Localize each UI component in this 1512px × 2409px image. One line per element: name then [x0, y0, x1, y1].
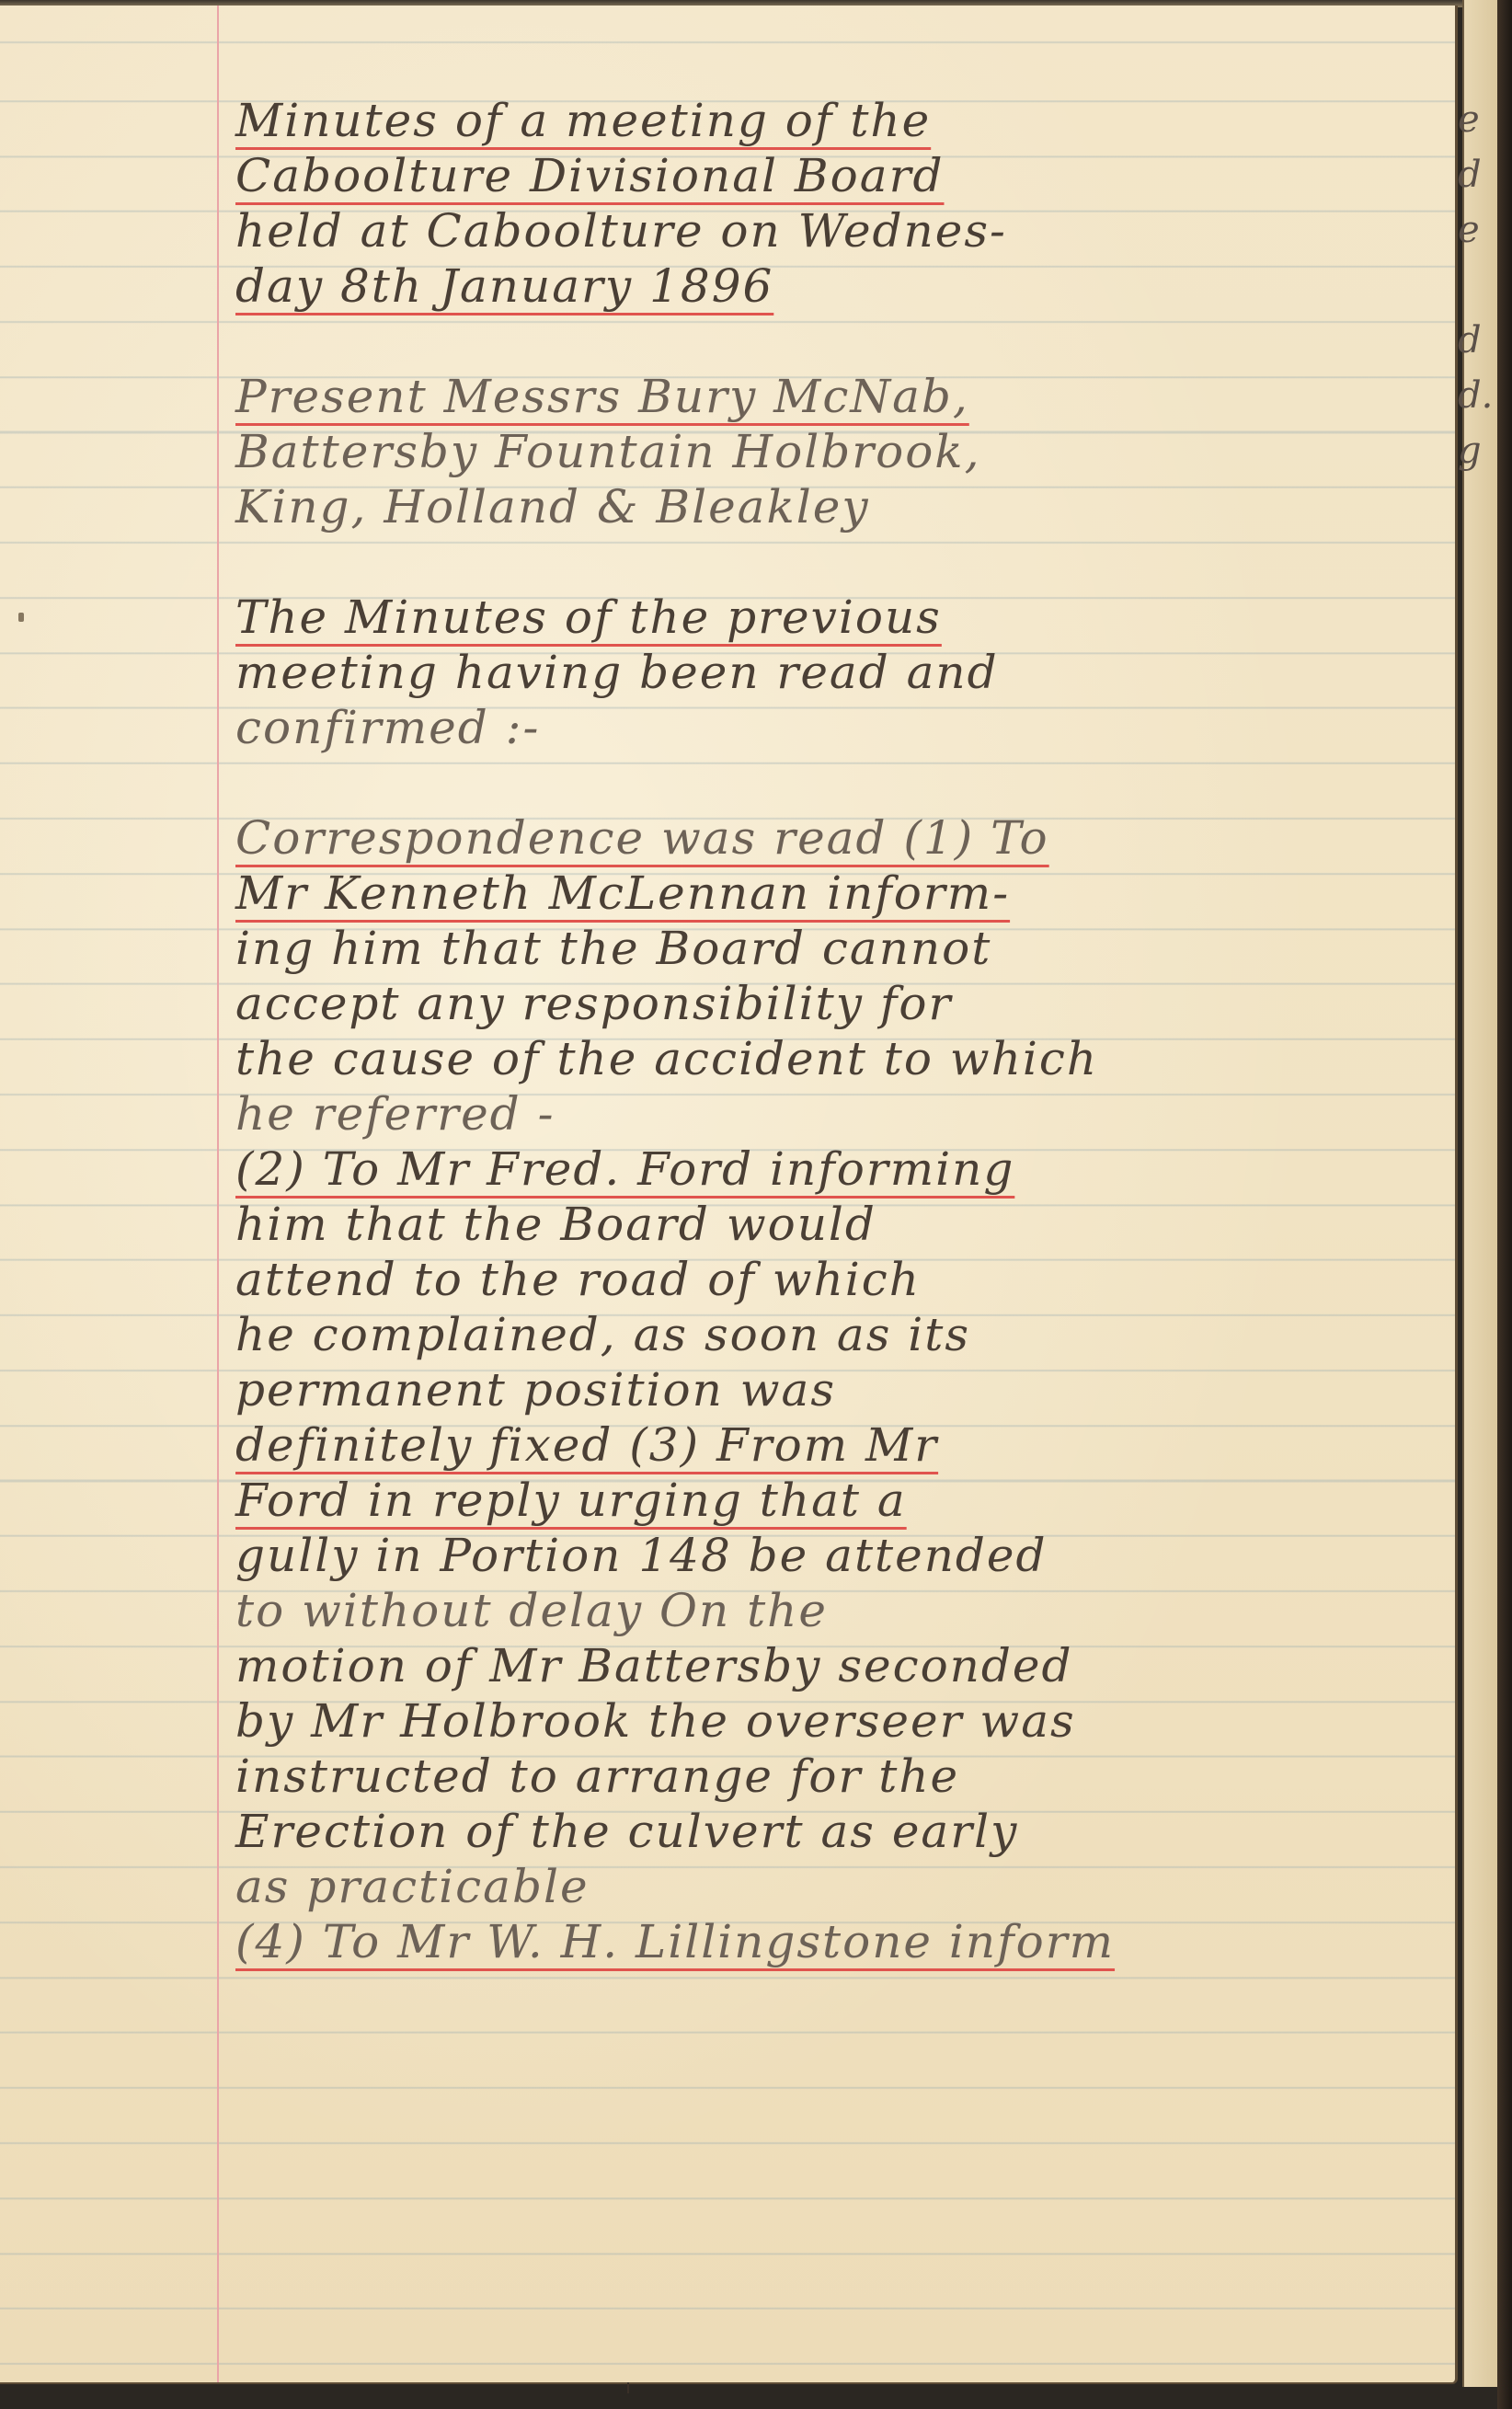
- confirmation-line: The Minutes of the previous: [217, 590, 1440, 645]
- correspondence-line: by Mr Holbrook the overseer was: [217, 1693, 1440, 1749]
- correspondence-line: the cause of the accident to which: [217, 1031, 1440, 1086]
- correspondence-line: attend to the road of which: [217, 1252, 1440, 1307]
- margin-mark: d: [1458, 147, 1499, 202]
- correspondence-line: Mr Kenneth McLennan inform-: [217, 866, 1440, 921]
- minutes-text: Minutes of a meeting of the Caboolture D…: [217, 93, 1440, 1969]
- correspondence-line: Ford in reply urging that a: [217, 1473, 1440, 1528]
- heading-line: day 8th January 1896: [217, 258, 1440, 314]
- correspondence-line: as practicable: [217, 1859, 1440, 1914]
- present-line: Present Messrs Bury McNab,: [217, 369, 1440, 424]
- correspondence-line: to without delay On the: [217, 1583, 1440, 1638]
- heading-line: Minutes of a meeting of the: [217, 93, 1440, 148]
- margin-mark: g: [1458, 423, 1499, 478]
- blank-line: [217, 534, 1440, 590]
- correspondence-line: definitely fixed (3) From Mr: [217, 1417, 1440, 1473]
- blank-line: [217, 755, 1440, 810]
- blank-line: [217, 314, 1440, 369]
- correspondence-line: gully in Portion 148 be attended: [217, 1528, 1440, 1583]
- margin-mark: e: [1458, 92, 1499, 147]
- page-bottom-mark: [627, 2382, 629, 2393]
- margin-mark: [1458, 258, 1499, 313]
- confirmation-line: meeting having been read and: [217, 645, 1440, 700]
- present-line: King, Holland & Bleakley: [217, 479, 1440, 534]
- heading-line: held at Caboolture on Wednes-: [217, 203, 1440, 258]
- correspondence-line: (4) To Mr W. H. Lillingstone inform: [217, 1914, 1440, 1969]
- adjacent-page-marks: e d e d d. g: [1458, 92, 1499, 478]
- correspondence-line: permanent position was: [217, 1362, 1440, 1417]
- correspondence-line: motion of Mr Battersby seconded: [217, 1638, 1440, 1693]
- correspondence-line: Erection of the culvert as early: [217, 1804, 1440, 1859]
- heading-line: Caboolture Divisional Board: [217, 148, 1440, 203]
- margin-mark: e: [1458, 202, 1499, 258]
- confirmation-line: confirmed :-: [217, 700, 1440, 755]
- correspondence-line: him that the Board would: [217, 1197, 1440, 1252]
- correspondence-line: accept any responsibility for: [217, 976, 1440, 1031]
- correspondence-line: ing him that the Board cannot: [217, 921, 1440, 976]
- ink-blot: [18, 613, 24, 622]
- correspondence-line: Correspondence was read (1) To: [217, 810, 1440, 866]
- ledger-page: Minutes of a meeting of the Caboolture D…: [0, 6, 1458, 2384]
- margin-mark: d.: [1458, 368, 1499, 423]
- margin-mark: d: [1458, 313, 1499, 368]
- correspondence-line: instructed to arrange for the: [217, 1749, 1440, 1804]
- correspondence-line: he complained, as soon as its: [217, 1307, 1440, 1362]
- book-spine: [1497, 0, 1512, 2409]
- correspondence-line: he referred -: [217, 1086, 1440, 1141]
- correspondence-line: (2) To Mr Fred. Ford informing: [217, 1141, 1440, 1197]
- present-line: Battersby Fountain Holbrook,: [217, 424, 1440, 479]
